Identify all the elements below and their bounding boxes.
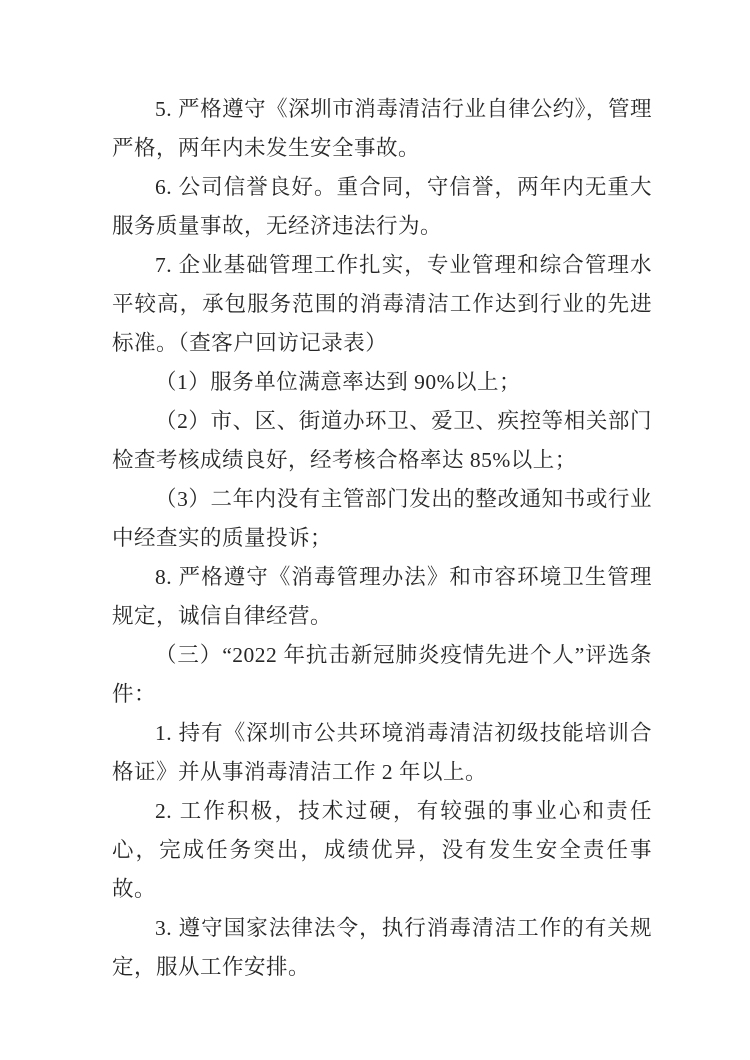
paragraph-item-5: 5. 严格遵守《深圳市消毒清洁行业自律公约》，管理严格，两年内未发生安全事故。 [112, 90, 652, 168]
document-body-text: 5. 严格遵守《深圳市消毒清洁行业自律公约》，管理严格，两年内未发生安全事故。 … [112, 90, 652, 987]
paragraph-subitem-3: （3）二年内没有主管部门发出的整改通知书或行业中经查实的质量投诉； [112, 480, 652, 558]
paragraph-subitem-2: （2）市、区、街道办环卫、爱卫、疾控等相关部门检查考核成绩良好，经考核合格率达 … [112, 402, 652, 480]
paragraph-item-7: 7. 企业基础管理工作扎实，专业管理和综合管理水平较高，承包服务范围的消毒清洁工… [112, 246, 652, 363]
paragraph-criterion-2: 2. 工作积极，技术过硬，有较强的事业心和责任心，完成任务突出，成绩优异，没有发… [112, 792, 652, 909]
paragraph-subitem-1: （1）服务单位满意率达到 90%以上； [112, 363, 652, 402]
document-page: 5. 严格遵守《深圳市消毒清洁行业自律公约》，管理严格，两年内未发生安全事故。 … [0, 0, 750, 1060]
paragraph-item-6: 6. 公司信誉良好。重合同，守信誉，两年内无重大服务质量事故，无经济违法行为。 [112, 168, 652, 246]
paragraph-criterion-1: 1. 持有《深圳市公共环境消毒清洁初级技能培训合格证》并从事消毒清洁工作 2 年… [112, 714, 652, 792]
paragraph-criterion-3: 3. 遵守国家法律法令，执行消毒清洁工作的有关规定，服从工作安排。 [112, 909, 652, 987]
paragraph-section-3-heading: （三）“2022 年抗击新冠肺炎疫情先进个人”评选条件： [112, 636, 652, 714]
paragraph-item-8: 8. 严格遵守《消毒管理办法》和市容环境卫生管理规定，诚信自律经营。 [112, 558, 652, 636]
